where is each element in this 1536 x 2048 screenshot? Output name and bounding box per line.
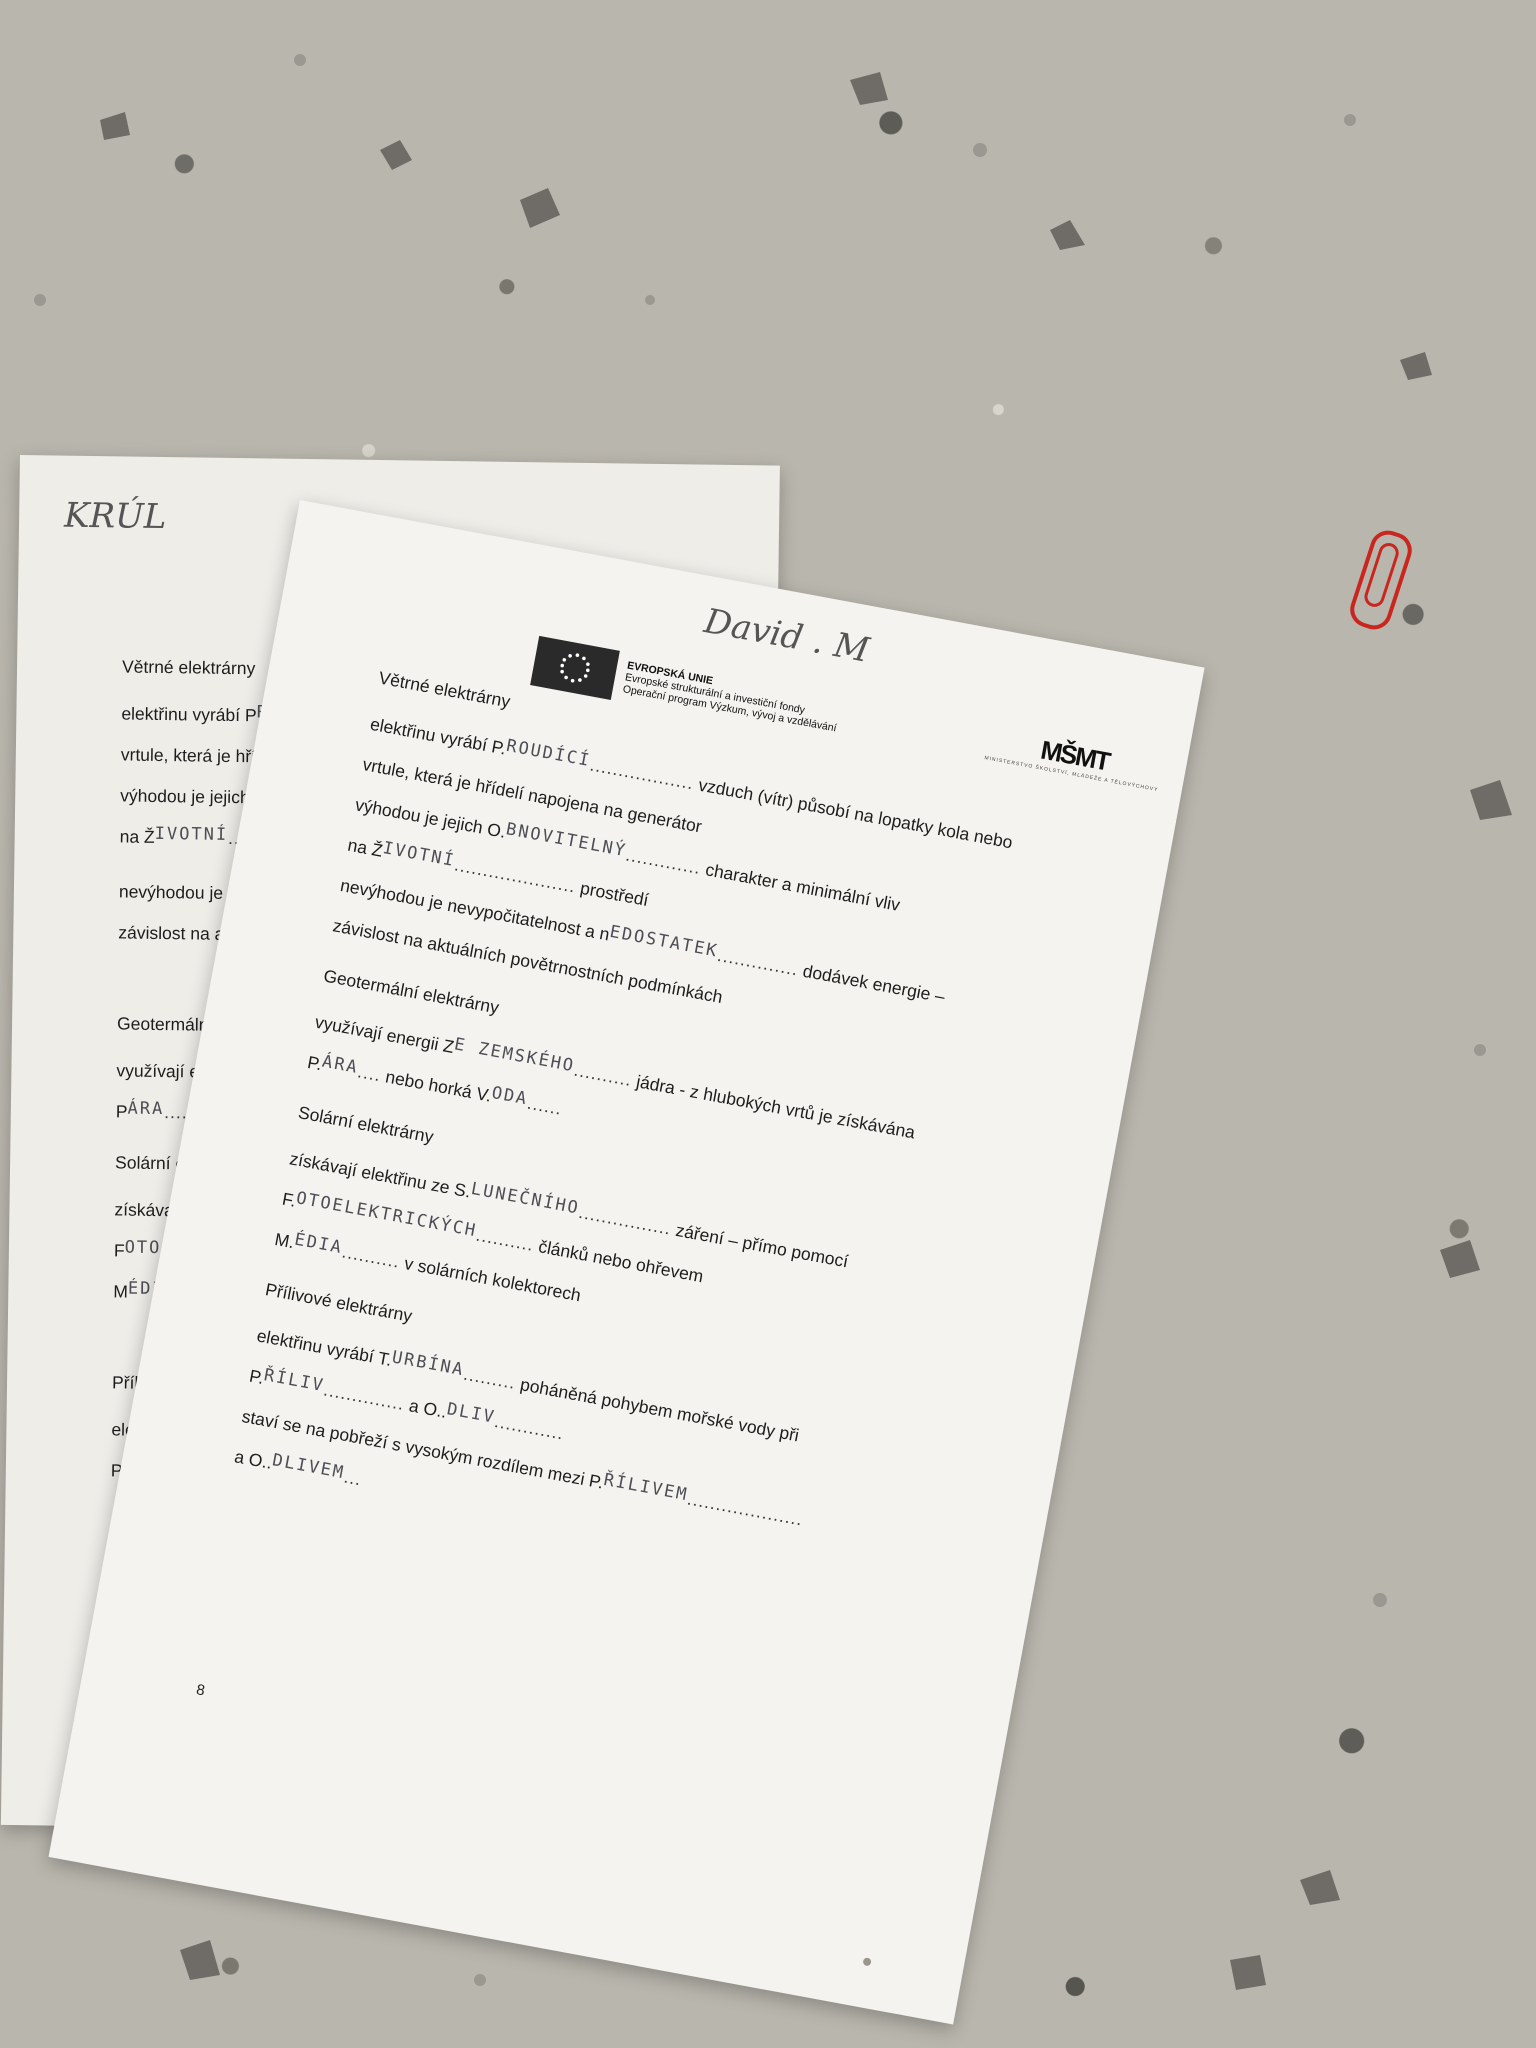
student-name: KRÚL bbox=[64, 496, 167, 537]
staple-hole bbox=[862, 1957, 871, 1966]
page-number: 8 bbox=[195, 1681, 206, 1699]
msmt-logo: MŠMT MINISTERSTVO ŠKOLSTVÍ, MLÁDEŽE A TĚ… bbox=[984, 725, 1165, 794]
handwritten-answer: DLIV bbox=[445, 1399, 497, 1428]
handwritten-answer: ODA bbox=[490, 1083, 530, 1109]
handwritten-answer: ŘÍLIVEM bbox=[602, 1470, 690, 1505]
handwritten-answer: ŘÍLIV bbox=[262, 1365, 326, 1396]
handwritten-answer: IVOTNÍ bbox=[155, 824, 229, 845]
handwritten-answer: ÁRA bbox=[127, 1099, 164, 1120]
paperclip-icon bbox=[1346, 526, 1417, 634]
handwritten-answer: EDOSTATEK bbox=[608, 922, 720, 962]
handwritten-answer: LUNEČNÍHO bbox=[469, 1179, 581, 1219]
handwritten-answer: IVOTNÍ bbox=[381, 838, 457, 871]
handwritten-answer: E ZEMSKÉHO bbox=[453, 1034, 577, 1076]
handwritten-answer: URBÍNA bbox=[390, 1347, 466, 1380]
worksheet-body: Větrné elektrárny elektřinu vyrábí P.ROU… bbox=[227, 668, 1023, 1616]
handwritten-answer: DLIVEM bbox=[271, 1450, 347, 1483]
handwritten-answer: ROUDÍCÍ bbox=[505, 736, 593, 771]
handwritten-answer: BNOVITELNÝ bbox=[504, 819, 628, 861]
student-name: David . M bbox=[701, 601, 872, 671]
handwritten-answer: ÁRA bbox=[321, 1052, 361, 1078]
handwritten-answer: ÉDIA bbox=[293, 1230, 345, 1259]
eu-flag-icon bbox=[530, 636, 620, 700]
